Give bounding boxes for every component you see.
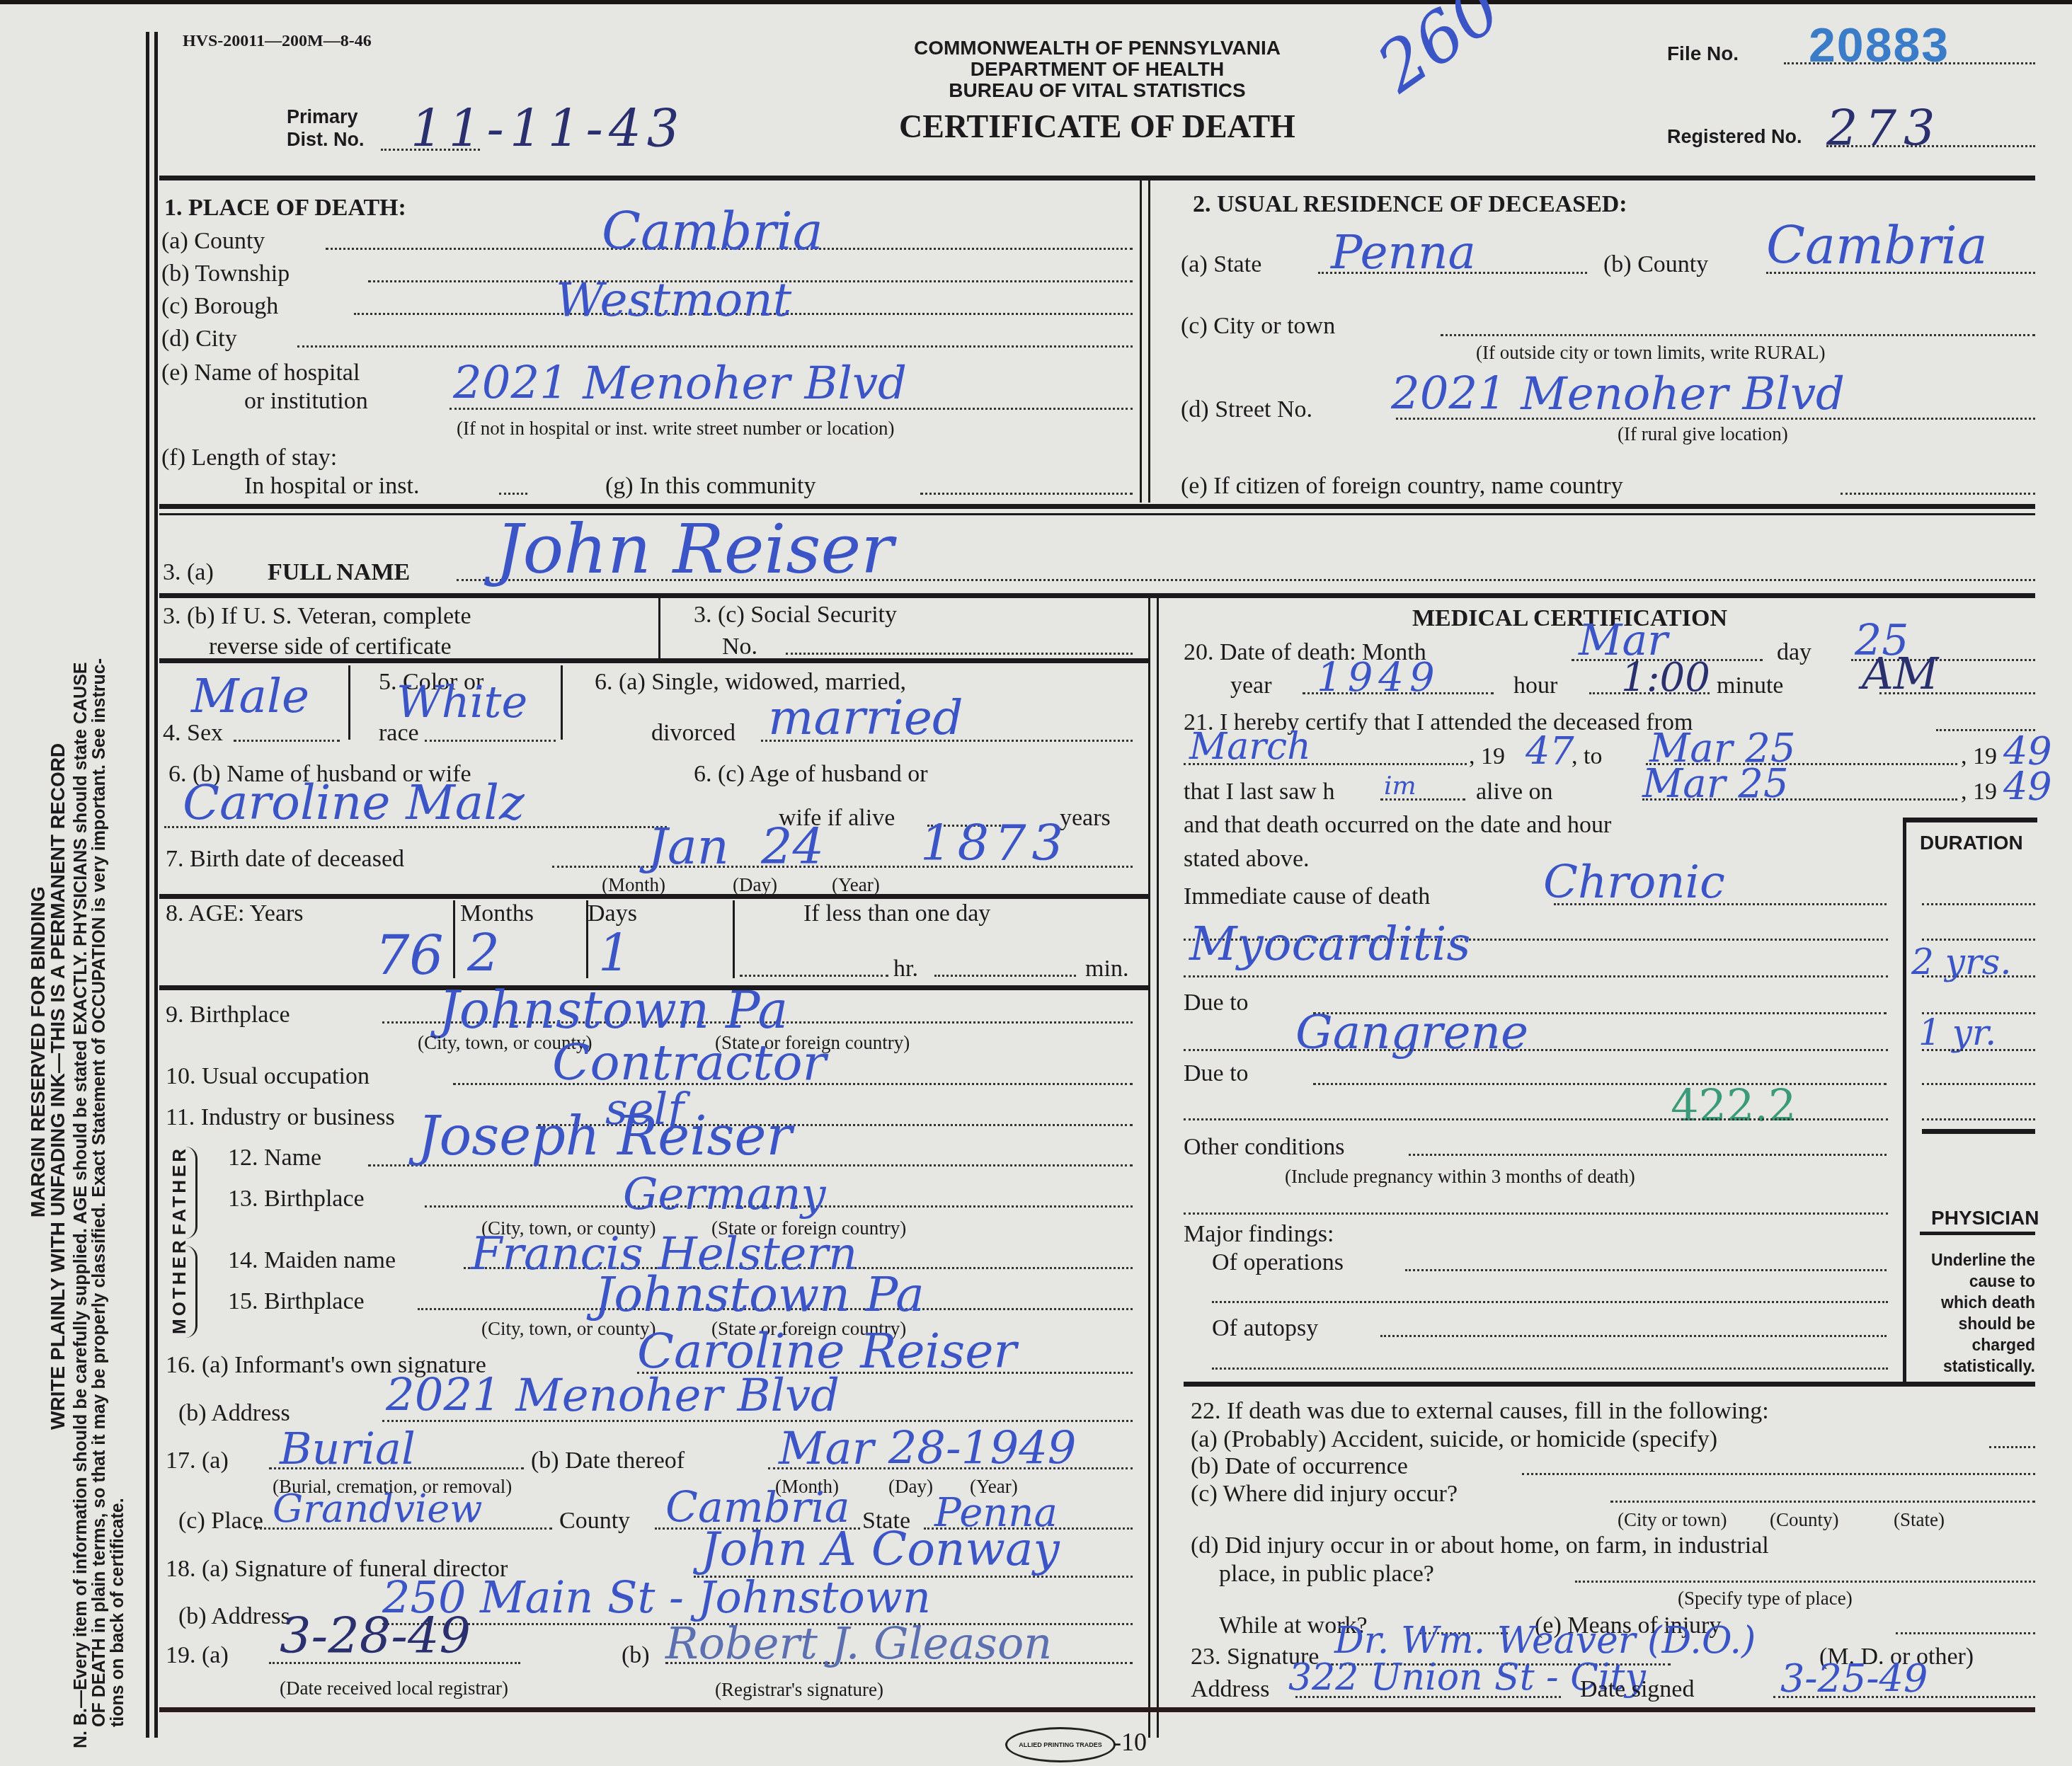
margin-line-5: tions on back of certificate. [108,1498,128,1727]
major-findings-label: Major findings: [1184,1221,1334,1248]
min-label: min. [1085,956,1128,982]
mother-maiden-label: 14. Maiden name [228,1247,396,1274]
burial-day-note: (Day) [888,1476,933,1498]
cause-2-value: Myocarditis [1189,917,1470,971]
cause-3-value: Gangrene [1295,1005,1528,1060]
margin-line-2: WRITE PLAINLY WITH UNFADING INK—THIS IS … [47,743,69,1430]
spouse-age-label: 6. (c) Age of husband or [694,761,927,788]
county-label: (a) County [161,228,265,255]
ssn-label: 3. (c) Social Security [694,602,897,629]
age-years-value: 76 [375,924,444,987]
physician-signature-value: Dr. Wm. Weaver (D.O.) [1334,1619,1756,1662]
duration-heading: DURATION [1920,832,2023,854]
primary-dist-no: 11-11-43 [411,99,685,159]
external-c-label: (c) Where did injury occur? [1191,1481,1458,1508]
stay-community-label: (g) In this community [605,473,815,500]
occupation-label: 10. Usual occupation [166,1063,370,1090]
industry-label: 11. Industry or business [166,1104,395,1131]
burial-place-label: (c) Place [178,1508,263,1535]
margin-line-4: OF DEATH in plain terms, so that it may … [89,658,110,1727]
full-name-value: John Reiser [496,510,893,589]
ssn-no-label: No. [722,633,757,660]
burial-place-value: Grandview [273,1486,482,1531]
external-c-city-note: (City or town) [1618,1509,1727,1531]
birth-month-value: Jan [648,818,729,876]
birth-day-note: (Day) [733,874,777,896]
residence-street-label: (d) Street No. [1181,396,1312,423]
mother-birthplace-label: 15. Birthplace [228,1288,365,1315]
registrar-date-value: 3-28-49 [280,1607,471,1665]
burial-label: 17. (a) [166,1447,229,1474]
binding-margin: MARGIN RESERVED FOR BINDING WRITE PLAINL… [0,0,156,1766]
death-hour-value: 1:00 [1621,655,1710,701]
page-title: CERTIFICATE OF DEATH [857,108,1338,145]
mother-birthplace-value: Johnstown Pa [595,1267,925,1323]
father-name-label: 12. Name [228,1145,321,1171]
residence-city-label: (c) City or town [1181,313,1335,340]
external-d-label-2: place, in public place? [1219,1561,1434,1588]
residence-state-value: Penna [1331,225,1476,280]
external-c-county-note: (County) [1770,1509,1839,1531]
sex-value: Male [191,669,309,723]
hr-label: hr. [893,956,918,982]
operations-label: Of operations [1212,1249,1344,1276]
foreign-country-label: (e) If citizen of foreign country, name … [1181,473,1623,500]
occurred-label: and that death occurred on the date and … [1184,812,1611,839]
registered-no: 273 [1826,99,1942,157]
funeral-address-label: (b) Address [178,1603,290,1630]
registrar-signature-value: Robert J. Gleason [665,1617,1052,1669]
last-saw-year-value: 49 [2003,764,2052,809]
marital-value: married [768,690,963,746]
left-border-outer [146,32,149,1738]
race-label: race [379,720,419,747]
registrar-date-label: 19. (a) [166,1642,229,1669]
divorced-label: divorced [651,720,735,747]
cause-code-value: 422.2 [1671,1079,1797,1131]
burial-date-label: (b) Date thereof [531,1447,685,1474]
margin-note-number: 260 [1363,0,1515,108]
age-days-value: 1 [598,924,631,983]
registrar-sig-note: (Registrar's signature) [715,1679,883,1701]
physician-note: Underline the cause to which death shoul… [1920,1249,2035,1377]
external-a-label: (a) (Probably) Accident, suicide, or hom… [1191,1426,1717,1453]
residence-heading: 2. USUAL RESIDENCE OF DECEASED: [1193,191,1627,218]
residence-county-value: Cambria [1766,216,1988,275]
birth-year-note: (Year) [832,874,880,896]
mother-city-note: (City, town, or county) [481,1318,656,1340]
father-name-value: Joseph Reiser [418,1104,792,1167]
residence-county-label: (b) County [1603,251,1708,278]
city-label: (d) City [161,326,237,352]
age-years-label: 8. AGE: Years [166,900,304,927]
residence-state-label: (a) State [1181,251,1261,278]
death-year-value: 1949 [1317,655,1441,701]
birthplace-value: Johnstown Pa [439,980,788,1040]
duration-2-value: 1 yr. [1918,1012,1996,1053]
registrar-date-note: (Date received local registrar) [280,1678,508,1699]
age-less-label: If less than one day [803,900,990,927]
date-signed-value: 3-25-49 [1780,1656,1928,1701]
birth-date-label: 7. Birth date of deceased [166,846,404,873]
from-year-prefix: , 19 [1469,743,1505,770]
agency-line-2: DEPARTMENT OF HEALTH [871,58,1324,81]
scan-top-edge [0,0,2072,4]
place-of-death-heading: 1. PLACE OF DEATH: [164,195,406,222]
registered-no-label: Registered No. [1667,126,1802,148]
veteran-label: 3. (b) If U. S. Veteran, complete [163,603,471,630]
other-conditions-label: Other conditions [1184,1134,1345,1161]
residence-street-value: 2021 Menoher Blvd [1391,368,1845,420]
due-to-label-1: Due to [1184,990,1249,1016]
birth-year-value: 1873 [920,814,1069,872]
physician-heading: PHYSICIAN [1931,1207,2039,1229]
veteran-note: reverse side of certificate [209,633,452,660]
burial-county-label: County [559,1508,630,1535]
death-hour-label: hour [1513,672,1557,699]
external-d-note: (Specify type of place) [1678,1588,1853,1610]
informant-address-value: 2021 Menoher Blvd [386,1370,840,1422]
stay-label: (f) Length of stay: [161,445,337,471]
attended-from-value: March [1189,726,1311,768]
death-minute-value: AM [1862,648,1938,699]
full-name-label: FULL NAME [268,559,410,586]
hospital-note: (If not in hospital or inst. write stree… [457,418,895,440]
death-minute-label: minute [1717,672,1783,699]
cause-1-value: Chronic [1543,856,1725,909]
age-months-value: 2 [467,924,500,983]
funeral-director-value: John A Conway [701,1522,1060,1576]
death-hospital-value: 2021 Menoher Blvd [453,357,907,410]
external-causes-heading: 22. If death was due to external causes,… [1191,1398,1769,1425]
informant-address-label: (b) Address [178,1400,290,1427]
autopsy-label: Of autopsy [1212,1315,1318,1342]
agency-line-1: COMMONWEALTH OF PENNSYLVANIA [871,37,1324,59]
death-year-label: year [1230,672,1272,699]
agency-line-3: BUREAU OF VITAL STATISTICS [871,79,1324,102]
due-to-label-2: Due to [1184,1060,1249,1087]
external-d-label: (d) Did injury occur in or about home, o… [1191,1532,1769,1559]
last-saw-label: that I last saw h [1184,779,1334,805]
full-name-num: 3. (a) [163,559,214,586]
sex-label: 4. Sex [163,720,223,747]
last-saw-date-value: Mar 25 [1642,761,1789,807]
occupation-value: Contractor [552,1033,826,1091]
medical-heading: MEDICAL CERTIFICATION [1412,605,1727,632]
father-bracket [185,1147,198,1239]
residence-street-note: (If rural give location) [1618,423,1788,445]
institution-label: or institution [244,388,368,415]
township-label: (b) Township [161,260,290,287]
immediate-cause-label: Immediate cause of death [1184,883,1430,910]
left-border-inner [154,32,158,1738]
birth-day-value: 24 [761,818,824,876]
to-label: , to [1572,743,1602,770]
burial-date-value: Mar 28-1949 [779,1423,1077,1475]
form-code: HVS-20011—200M—8-46 [183,32,372,51]
to-year-prefix: , 19 [1961,743,1997,770]
alive-on-label: alive on [1476,779,1553,805]
dist-no-label: Dist. No. [287,129,365,151]
birthplace-label: 9. Birthplace [166,1002,290,1028]
margin-line-3: N. B.—Every item of information should b… [71,662,91,1748]
birth-month-note: (Month) [602,874,665,896]
spouse-value: Caroline Malz [183,775,525,831]
union-label-icon: ALLIED PRINTING TRADES COUNCIL [1005,1727,1116,1762]
death-day-label: day [1777,639,1811,666]
hospital-label: (e) Name of hospital [161,360,360,386]
stated-above-label: stated above. [1184,846,1310,873]
residence-city-note: (If outside city or town limits, write R… [1476,342,1825,364]
external-b-label: (b) Date of occurrence [1191,1453,1408,1480]
last-saw-pronoun: im [1384,772,1416,801]
borough-label: (c) Borough [161,293,278,320]
last-saw-year-prefix: , 19 [1961,779,1997,805]
date-signed-label: Date signed [1580,1676,1694,1703]
death-borough-value: Westmont [556,273,791,327]
external-c-state-note: (State) [1894,1509,1945,1531]
duration-1-value: 2 yrs. [1911,941,2011,982]
registrar-sig-label: (b) [622,1642,650,1669]
physician-address-label: Address [1191,1676,1269,1703]
father-birthplace-label: 13. Birthplace [228,1186,365,1212]
file-no-stamp: 20883 [1809,18,1950,73]
other-conditions-note: (Include pregnancy within 3 months of de… [1285,1166,1635,1188]
mother-bracket [185,1246,198,1338]
footer-mark: -10 [1113,1727,1147,1757]
father-birthplace-value: Germany [623,1168,826,1220]
primary-label: Primary [287,106,358,128]
burial-method-value: Burial [280,1423,416,1474]
stay-hospital-label: In hospital or inst. [244,473,419,500]
death-county-value: Cambria [602,202,823,261]
file-no-label: File No. [1667,42,1739,65]
attended-from-year: 47 [1526,729,1574,774]
